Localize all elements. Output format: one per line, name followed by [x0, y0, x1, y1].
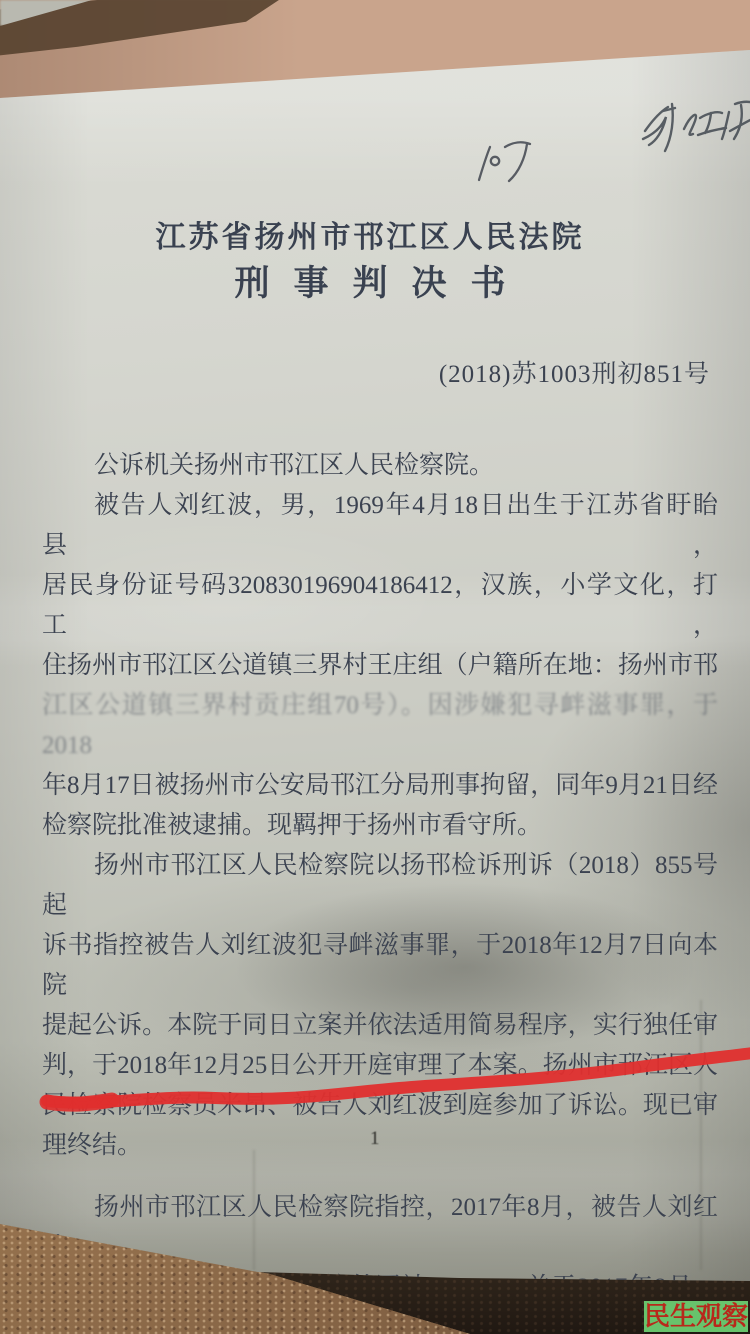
document-line: 年8月17日被扬州市公安局邗江分局刑事拘留，同年9月21日经: [42, 766, 718, 806]
document-line: 住扬州市邗江区公道镇三界村王庄组（户籍所在地：扬州市邗: [42, 646, 718, 686]
watermark-badge: 民生观察: [644, 1301, 748, 1332]
judgment-document-page: 江苏省扬州市邗江区人民法院 刑事判决书 (2018)苏1003刑初851号 公诉…: [0, 0, 750, 1334]
document-title: 刑事判决书: [0, 256, 740, 306]
document-line: 判，于2018年12月25日公开开庭审理了本案。扬州市邗江区人: [42, 1046, 718, 1086]
document-line: 理终结。: [42, 1126, 718, 1166]
document-line: 检察院批准被逮捕。现羁押于扬州市看守所。: [42, 806, 718, 846]
document-line: 民检察院检察员米昂、被告人刘红波到庭参加了诉讼。现已审: [42, 1086, 718, 1126]
document-body: 公诉机关扬州市邗江区人民检察院。 被告人刘红波，男，1969年4月18日出生于江…: [42, 446, 718, 1308]
case-number: (2018)苏1003刑初851号: [439, 354, 710, 390]
photo-of-court-judgment: 江苏省扬州市邗江区人民法院 刑事判决书 (2018)苏1003刑初851号 公诉…: [0, 0, 750, 1334]
document-line: 居民身份证号码320830196904186412，汉族，小学文化，打工，: [42, 566, 718, 646]
document-line: 诉书指控被告人刘红波犯寻衅滋事罪，于2018年12月7日向本院: [42, 926, 718, 1006]
document-line-faded: 江区公道镇三界村贡庄组70号）。因涉嫌犯寻衅滋事罪，于2018: [42, 686, 718, 766]
document-line: 提起公诉。本院于同日立案并依法适用简易程序，实行独任审: [42, 1006, 718, 1046]
document-line: 扬州市邗江区人民检察院以扬邗检诉刑诉（2018）855号起: [42, 846, 718, 926]
document-line: 公诉机关扬州市邗江区人民检察院。: [42, 446, 718, 486]
court-name: 江苏省扬州市邗江区人民法院: [0, 212, 740, 256]
page-number: 1: [370, 1128, 380, 1150]
document-line: 被告人刘红波，男，1969年4月18日出生于江苏省盱眙县，: [42, 486, 718, 566]
printed-text-layer: 江苏省扬州市邗江区人民法院 刑事判决书 (2018)苏1003刑初851号 公诉…: [0, 0, 750, 1334]
